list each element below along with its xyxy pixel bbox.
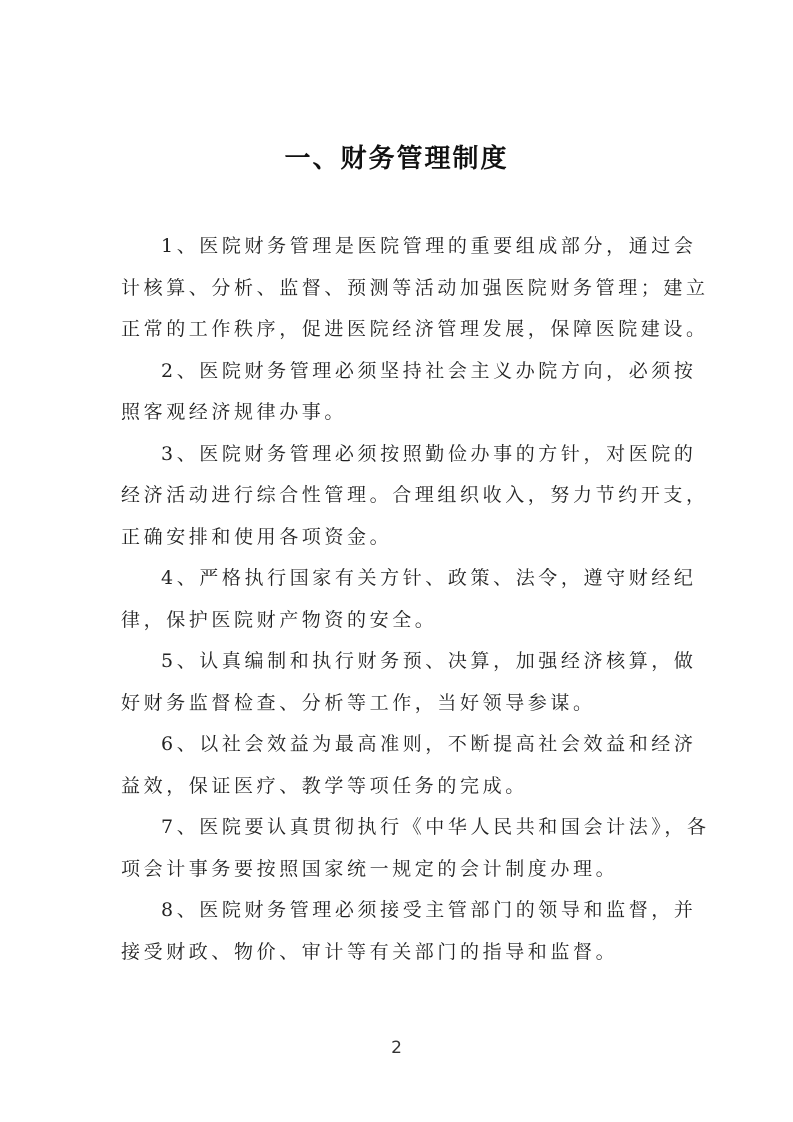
paragraph-line: 好财务监督检查、分析等工作，当好领导参谋。 <box>121 683 677 725</box>
paragraph-line: 2、医院财务管理必须坚持社会主义办院方向，必须按 <box>121 351 677 393</box>
paragraph-8: 8、医院财务管理必须接受主管部门的领导和监督，并 接受财政、物价、审计等有关部门… <box>121 890 677 973</box>
paragraph-line: 项会计事务要按照国家统一规定的会计制度办理。 <box>121 849 677 891</box>
paragraph-line: 1、医院财务管理是医院管理的重要组成部分，通过会 <box>121 226 677 268</box>
paragraph-line: 接受财政、物价、审计等有关部门的指导和监督。 <box>121 932 677 974</box>
paragraph-5: 5、认真编制和执行财务预、决算，加强经济核算，做 好财务监督检查、分析等工作，当… <box>121 641 677 724</box>
paragraph-line: 正确安排和使用各项资金。 <box>121 517 677 559</box>
paragraph-4: 4、严格执行国家有关方针、政策、法令，遵守财经纪 律，保护医院财产物资的安全。 <box>121 558 677 641</box>
paragraph-line: 益效，保证医疗、教学等项任务的完成。 <box>121 766 677 808</box>
paragraph-line: 3、医院财务管理必须按照勤俭办事的方针，对医院的 <box>121 434 677 476</box>
paragraph-line: 5、认真编制和执行财务预、决算，加强经济核算，做 <box>121 641 677 683</box>
paragraph-1: 1、医院财务管理是医院管理的重要组成部分，通过会 计核算、分析、监督、预测等活动… <box>121 226 677 351</box>
paragraph-2: 2、医院财务管理必须坚持社会主义办院方向，必须按 照客观经济规律办事。 <box>121 351 677 434</box>
paragraph-7: 7、医院要认真贯彻执行《中华人民共和国会计法》，各 项会计事务要按照国家统一规定… <box>121 807 677 890</box>
paragraph-line: 6、以社会效益为最高准则，不断提高社会效益和经济 <box>121 724 677 766</box>
paragraph-line: 7、医院要认真贯彻执行《中华人民共和国会计法》，各 <box>121 807 677 849</box>
page-title: 一、财务管理制度 <box>0 138 793 175</box>
paragraph-line: 4、严格执行国家有关方针、政策、法令，遵守财经纪 <box>121 558 677 600</box>
paragraph-line: 经济活动进行综合性管理。合理组织收入，努力节约开支， <box>121 475 677 517</box>
document-page: 一、财务管理制度 1、医院财务管理是医院管理的重要组成部分，通过会 计核算、分析… <box>0 0 793 1122</box>
paragraph-line: 8、医院财务管理必须接受主管部门的领导和监督，并 <box>121 890 677 932</box>
paragraph-line: 照客观经济规律办事。 <box>121 392 677 434</box>
paragraph-line: 律，保护医院财产物资的安全。 <box>121 600 677 642</box>
paragraph-3: 3、医院财务管理必须按照勤俭办事的方针，对医院的 经济活动进行综合性管理。合理组… <box>121 434 677 559</box>
body-text: 1、医院财务管理是医院管理的重要组成部分，通过会 计核算、分析、监督、预测等活动… <box>121 226 677 973</box>
paragraph-line: 计核算、分析、监督、预测等活动加强医院财务管理；建立 <box>121 268 677 310</box>
paragraph-line: 正常的工作秩序，促进医院经济管理发展，保障医院建设。 <box>121 309 677 351</box>
page-number: 2 <box>0 1038 793 1058</box>
paragraph-6: 6、以社会效益为最高准则，不断提高社会效益和经济 益效，保证医疗、教学等项任务的… <box>121 724 677 807</box>
